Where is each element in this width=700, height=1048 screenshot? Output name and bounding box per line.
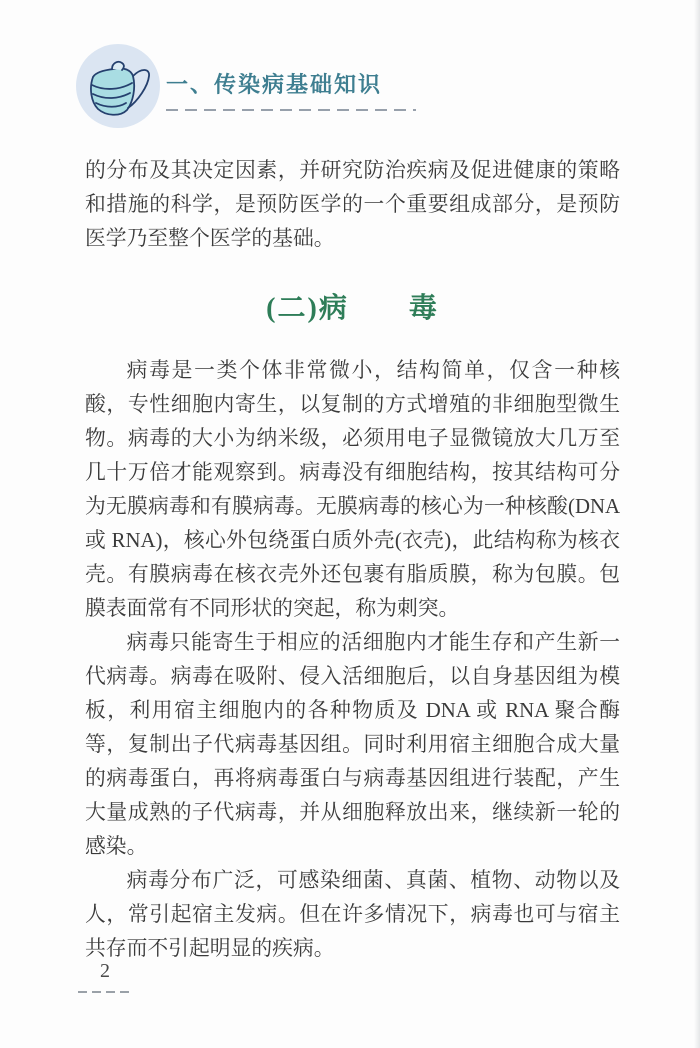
paragraph-continuation: 的分布及其决定因素，并研究防治疾病及促进健康的策略和措施的科学，是预防医学的一个… <box>85 154 620 256</box>
scan-edge-shadow <box>694 0 700 1048</box>
paragraph: 病毒分布广泛，可感染细菌、真菌、植物、动物以及人，常引起宿主发病。但在许多情况下… <box>85 864 620 966</box>
page-number: 2 <box>100 960 134 983</box>
paragraph: 病毒只能寄生于相应的活细胞内才能生存和产生新一代病毒。病毒在吸附、侵入活细胞后，… <box>85 626 620 864</box>
face-mask-icon <box>76 44 160 128</box>
page-footer: 2 <box>78 960 134 993</box>
chapter-header: 一、传染病基础知识 <box>0 0 700 128</box>
page-content: 的分布及其决定因素，并研究防治疾病及促进健康的策略和措施的科学，是预防医学的一个… <box>85 154 620 966</box>
paragraph: 病毒是一类个体非常微小，结构简单，仅含一种核酸，专性细胞内寄生，以复制的方式增殖… <box>85 354 620 626</box>
footer-dashed-line <box>78 991 134 993</box>
header-dashed-underline <box>166 109 416 111</box>
section-heading: (二)病 毒 <box>85 292 620 326</box>
chapter-header-text: 一、传染病基础知识 <box>166 44 416 111</box>
chapter-title: 一、传染病基础知识 <box>166 68 416 99</box>
